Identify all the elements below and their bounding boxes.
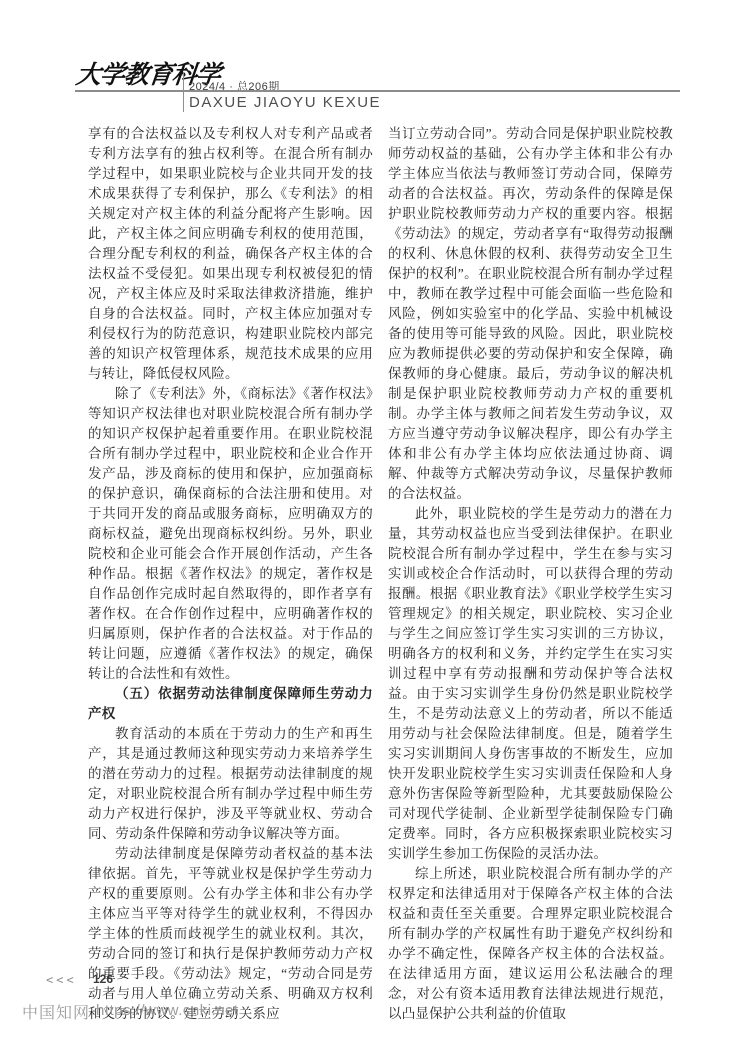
paragraph: 此外，职业院校的学生是劳动力的潜在力量，其劳动权益也应当受到法律保护。在职业院校… (388, 504, 673, 864)
section-heading: （五）依据劳动法律制度保障师生劳动力产权 (88, 684, 373, 724)
text-column-left: 享有的合法权益以及专利权人对专利产品或者专利方法享有的独占权利等。在混合所有制办… (88, 124, 373, 1024)
cnki-watermark-name: 中国知网 (22, 1000, 90, 1023)
cnki-watermark-url: https://www.cnki.net (96, 1002, 239, 1019)
text-column-right: 当订立劳动合同”。劳动合同是保护职业院校教师劳动权益的基础，公有办学主体和非公有… (388, 124, 673, 1024)
header-rule (75, 90, 680, 92)
paragraph: 教育活动的本质在于劳动力的生产和再生产，其是通过教师这种现实劳动力来培养学生的潜… (88, 724, 373, 844)
header-vertical-divider (183, 72, 184, 112)
paragraph: 当订立劳动合同”。劳动合同是保护职业院校教师劳动权益的基础，公有办学主体和非公有… (388, 124, 673, 504)
paragraph: 享有的合法权益以及专利权人对专利产品或者专利方法享有的独占权利等。在混合所有制办… (88, 124, 373, 384)
paragraph: 劳动法律制度是保障劳动者权益的基本法律依据。首先，平等就业权是保护学生劳动力产权… (88, 844, 373, 1024)
journal-logo-calligraphy: 大学教育科学 (74, 58, 186, 92)
page-number: 126 (93, 972, 113, 986)
journal-title-pinyin: DAXUE JIAOYU KEXUE (189, 94, 381, 111)
footer-arrows: <<< (46, 973, 77, 987)
journal-page: 大学教育科学 2024/4 · 总206期 DAXUE JIAOYU KEXUE… (0, 0, 750, 1043)
paragraph: 除了《专利法》外，《商标法》《著作权法》等知识产权法律也对职业院校混合所有制办学… (88, 384, 373, 684)
paragraph: 综上所述，职业院校混合所有制办学的产权界定和法律适用对于保障各产权主体的合法权益… (388, 864, 673, 1024)
article-body: 享有的合法权益以及专利权人对专利产品或者专利方法享有的独占权利等。在混合所有制办… (88, 124, 673, 1024)
